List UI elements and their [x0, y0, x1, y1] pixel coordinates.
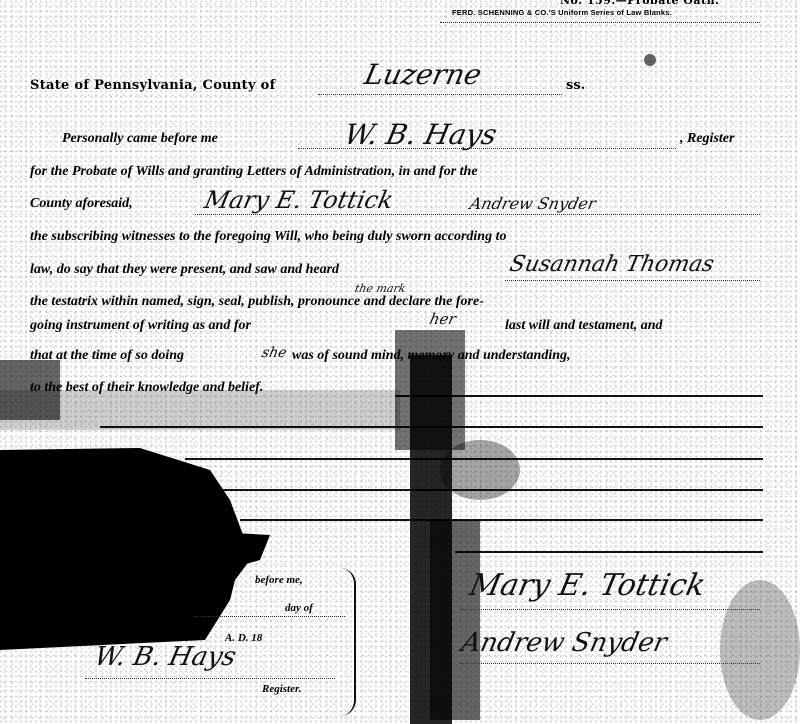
line-subscribing: the subscribing witnesses to the foregoi…	[30, 229, 506, 245]
witnesses-blank	[195, 214, 760, 215]
witness2-handwritten: Andrew Snyder	[468, 194, 598, 213]
register-signature: W. B. Hays	[92, 642, 239, 672]
line-personally-came: Personally came before me	[62, 131, 218, 147]
testator-handwritten: Susannah Thomas	[507, 252, 716, 277]
rule-5	[240, 519, 763, 521]
line-going-instrument: going instrument of writing as and for	[30, 318, 251, 334]
rule-6	[455, 551, 763, 553]
witness1-handwritten: Mary E. Tottick	[202, 186, 396, 214]
rule-4	[210, 489, 763, 491]
testator-blank	[505, 280, 760, 281]
rule-2	[100, 426, 763, 428]
rule-1	[395, 395, 763, 397]
line-at-the-time: that at the time of so doing	[30, 348, 184, 364]
witness2-signature-line	[460, 663, 760, 664]
line-law-do-say: law, do say that they were present, and …	[30, 262, 339, 278]
register-title: Register.	[262, 683, 301, 695]
pronoun-handwritten: her	[428, 310, 458, 328]
ss-mark: ss.	[566, 78, 585, 93]
jurat-before-me: before me,	[255, 574, 303, 586]
header-rule	[440, 22, 760, 23]
form-number: No. 159.—Probate Oath.	[560, 0, 719, 7]
county-blank	[318, 94, 562, 95]
rule-3	[185, 458, 763, 460]
register-name-handwritten: W. B. Hays	[341, 118, 499, 151]
witness1-signature-line	[460, 609, 760, 610]
jurat-day-of: day of	[285, 602, 313, 614]
line-sound-mind: was of sound mind, memory and understand…	[292, 348, 571, 364]
line-county-aforesaid: County aforesaid,	[30, 196, 133, 212]
line-best-knowledge: to the best of their knowledge and belie…	[30, 380, 263, 396]
register-label: , Register	[680, 131, 734, 147]
witness2-signature: Andrew Snyder	[459, 628, 670, 658]
state-county-label: State of Pennsylvania, County of	[30, 78, 276, 93]
register-signature-line	[85, 678, 335, 679]
witness1-signature: Mary E. Tottick	[466, 568, 708, 603]
line-last-will: last will and testament, and	[505, 318, 663, 334]
pronoun-she: she	[260, 345, 288, 361]
county-handwritten: Luzerne	[361, 58, 484, 91]
line-probate: for the Probate of Wills and granting Le…	[30, 164, 478, 180]
day-blank	[195, 616, 345, 617]
line-testatrix: the testatrix within named, sign, seal, …	[30, 294, 484, 310]
publisher-line: FERD. SCHENNING & CO.'S Uniform Series o…	[452, 8, 672, 17]
jurat-bracket	[340, 568, 356, 716]
